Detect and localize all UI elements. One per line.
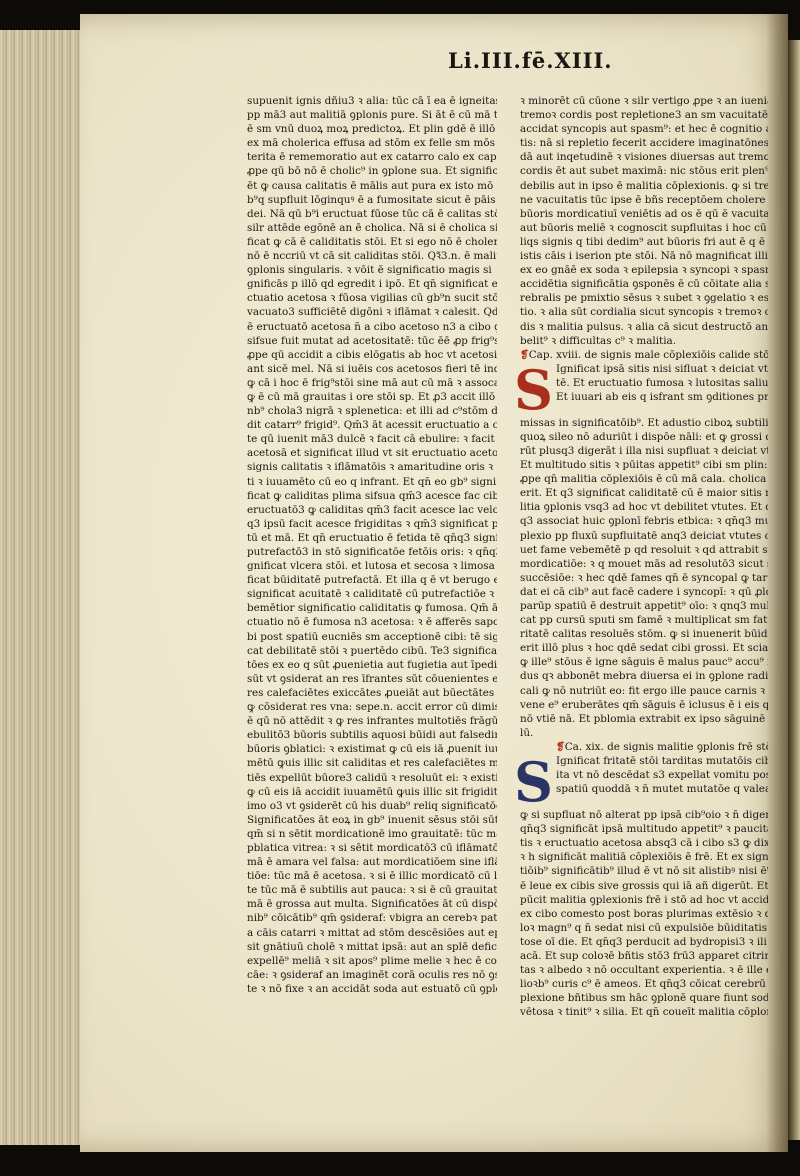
text-line: ēt ꝙ causa calitatis ē mālis aut pura ex… — [247, 179, 497, 193]
text-line: nō ē nccriū vt cā sit caliditas stōi. Qꝛ… — [247, 249, 497, 263]
text-line: accidat syncopis aut spasm⁹: et hec ē co… — [520, 122, 768, 136]
text-line: loꝛ magn⁹ q n̄ sedat nisi cū expulsiōe b… — [520, 921, 768, 935]
text-line: Ignificat ipsā sitis nisi sifluat ꝛ deic… — [556, 362, 768, 376]
text-line: tremoꝛ cordis post repletione3 an sm vac… — [520, 108, 768, 122]
text-line: ex cibo comesto post boras plurimas extē… — [520, 907, 768, 921]
fore-edge-page-stack — [0, 30, 81, 1145]
text-line: acā. Et sup coloꝛē bñtis stō3 frū3 appar… — [520, 949, 768, 963]
right-text-column: ꝛ minorēt cū cūone ꝛ silr vertigo ꝓpe ꝛ … — [520, 94, 768, 1019]
text-line: rebralis pe pmixtio sēsus ꝛ subet ꝛ ꝯgel… — [520, 291, 768, 305]
text-line: tis: nā si repletio fecerit accidere ima… — [520, 136, 768, 150]
text-line: dus qꝛ abbonēt mebra diuersa ei in ꝯplon… — [520, 669, 768, 683]
text-line: ti ꝛ iuuamēto cū eo q infrant. Et qn̄ eo… — [247, 475, 497, 489]
text-line: rūt plusq3 digerāt i illa nisi supfluat … — [520, 444, 768, 458]
text-line: te tūc mā ē subtilis aut pauca: ꝛ si ē c… — [247, 883, 497, 897]
text-line: ne vacuitatis tūc ipse ē bñs receptōem c… — [520, 193, 768, 207]
text-line: erit illō plus ꝛ hoc qdē sedat cibi gros… — [520, 641, 768, 655]
text-line: accidētia significātia ꝯsponēs ē cū cōit… — [520, 277, 768, 291]
text-line: gnificat vlcera stōi. et lutosa et secos… — [247, 559, 497, 573]
text-line: mordicatiōe: ꝛ q mouet mās ad resolutō3 … — [520, 557, 768, 571]
chapter-18-heading: ❡Cap. xviii. de signis male cōplexiōis c… — [520, 348, 768, 362]
chapter-19-initial-block: S Ignificat fritatē stōi tarditas mutatō… — [520, 754, 768, 796]
text-line: mētū ꝙuis illic sit caliditas et res cal… — [247, 756, 497, 770]
text-line: qn̄q3 significāt ipsā multitudo appetit⁹… — [520, 822, 768, 836]
text-line: ꝙ cā i hoc ē frig⁹stōi sine mā aut cū mā… — [247, 376, 497, 390]
text-line: ꝓpe qn̄ malitia cōplexiōis ē cū mā cala.… — [520, 472, 768, 486]
text-line: ē leue ex cibis sive grossis qui iā añ d… — [520, 879, 768, 893]
text-line: cordis ēt aut subet maximā: nic stōus er… — [520, 164, 768, 178]
text-line: pblatica vitrea: ꝛ si sētit mordicatō3 c… — [247, 841, 497, 855]
text-line: bemētior significatio caliditatis ꝙ fumo… — [247, 601, 497, 615]
text-line: tū et mā. Et qn̄ eructuatio ē fetida tē … — [247, 531, 497, 545]
text-line: belit⁹ ꝛ difficultas c⁹ ꝛ malitia. — [520, 334, 768, 348]
text-line: ꝙ ille⁹ stōus ē igne sāguis ē malus pauc… — [520, 655, 768, 669]
text-line: parūp spatiū ē destruit appetit⁹ oīo: ꝛ … — [520, 599, 768, 613]
text-line: silr attēde egōnē an ē cholica. Nā si ē … — [247, 221, 497, 235]
text-line: būoris mordicatiuī veniētis ad os ē qū ē… — [520, 207, 768, 221]
text-line: sūt vt ꝯsiderat an res īfrantes sūt cōue… — [247, 672, 497, 686]
text-line: dit catarr⁹ frigid⁹. Qm̄3 āt acessit eru… — [247, 418, 497, 432]
chapter-18-initial-block: S Ignificat ipsā sitis nisi sifluat ꝛ de… — [520, 362, 768, 404]
text-line: pūcit malitia ꝯplexionis frē i stō ad ho… — [520, 893, 768, 907]
text-line: tiēs expellūt būore3 calidū ꝛ resoluūt e… — [247, 771, 497, 785]
text-line: cali ꝙ nō nutriūt eo: fit ergo ille pauc… — [520, 684, 768, 698]
text-line: dat ei cā cib⁹ aut facē cadere i syncopī… — [520, 585, 768, 599]
text-line: sit gnātiuū cholē ꝛ mittat ipsā: aut an … — [247, 940, 497, 954]
text-line: significat acuitatē ꝛ caliditatē cū putr… — [247, 587, 497, 601]
text-line: ꝙ si supfluat nō alterat pp ipsā cib⁹oio… — [520, 808, 768, 822]
text-line: ꝯplonis singularis. ꝛ vōit ē significati… — [247, 263, 497, 277]
facing-page-edge — [788, 40, 800, 1140]
text-line: qm̄ si n sētit mordicationē imo grauitat… — [247, 827, 497, 841]
text-line: plexio pp fluxū supfluitatē anq3 deiciat… — [520, 529, 768, 543]
text-line: ant sicē mel. Nā si iuēis cos acetosos f… — [247, 362, 497, 376]
decorated-initial-red: S — [514, 364, 552, 416]
text-line: b⁹q supfluit lōginquꝰ ē a fumositate sic… — [247, 193, 497, 207]
text-line: mā ē grossa aut multa. Significatōes āt … — [247, 897, 497, 911]
text-line: ex eo gnāē ex soda ꝛ epilepsia ꝛ syncopi… — [520, 263, 768, 277]
text-line: ꝙ cū eis iā accidit iuuamētū ꝙuis illic … — [247, 785, 497, 799]
text-line: litia ꝯplonis vsq3 ad hoc vt debilitet v… — [520, 500, 768, 514]
text-line: ꝙ cōsiderat res vna: sepe.n. accit error… — [247, 700, 497, 714]
text-line: spatiū quoddā ꝛ n̄ mutet mutatōe q valea… — [556, 782, 768, 796]
text-line: q3 associat huic ꝯplonī febris etbica: ꝛ… — [520, 514, 768, 528]
text-line: vētosa ꝛ tinit⁹ ꝛ silia. Et qn̄ coueīt m… — [520, 1005, 768, 1019]
text-line: succēsiōe: ꝛ hec qdē fames qn̄ ē syncopa… — [520, 571, 768, 585]
text-line: cāe: ꝛ ꝯsideraf an imaginēt corā oculis … — [247, 968, 497, 982]
text-line: supuenit ignis dñiu3 ꝛ alia: tūc cā ī ea… — [247, 94, 497, 108]
text-line: tōes ex eo q sūt ꝓuenietia aut fugietia … — [247, 658, 497, 672]
text-line: putrefactō3 in stō significatōe fetōis o… — [247, 545, 497, 559]
text-line: ctuatio acetosa ꝛ fūosa vigilias cū gb⁹n… — [247, 291, 497, 305]
text-line: te qū iuenit mā3 dulcē ꝛ facit cā ebulir… — [247, 432, 497, 446]
text-line: ritatē calitas resoluēs stōm. ꝙ si inuen… — [520, 627, 768, 641]
text-line: dei. Nā qū b⁹i eructuat fūose tūc cā ē c… — [247, 207, 497, 221]
text-line: dā aut inqetudinē ꝛ visiones diuersas au… — [520, 150, 768, 164]
text-line: mā ē amara vel falsa: aut mordicatiōem s… — [247, 855, 497, 869]
text-line: ꝙ ē cū mā grauitas i ore stōi sp. Et ꝓ3 … — [247, 390, 497, 404]
text-line: nib⁹ cōicātib⁹ qm̄ ꝯsideraf: vbigra an c… — [247, 911, 497, 925]
text-line: Et iuuari ab eis q isfrant sm ꝯditiones … — [556, 390, 768, 404]
text-line: tose oī die. Et qn̄q3 perducit ad bydrop… — [520, 935, 768, 949]
text-line: lū. — [520, 726, 768, 740]
text-line: ficat ꝙ caliditas plima sifsua qm̄3 aces… — [247, 489, 497, 503]
left-text-column: supuenit ignis dñiu3 ꝛ alia: tūc cā ī ea… — [247, 94, 497, 996]
text-line: quoꝝ sileo nō aduriūt i dispōe nāli: et … — [520, 430, 768, 444]
text-line: ficat būiditatē putrefactā. Et illa q ē … — [247, 573, 497, 587]
text-line: vacuato3 sufficiētē digōni ꝛ iflāmat ꝛ c… — [247, 305, 497, 319]
text-line: būoris ꝯblatici: ꝛ existimat ꝙ cū eis iā… — [247, 742, 497, 756]
text-line: aut būoris meliē ꝛ cognoscit supfluitas … — [520, 221, 768, 235]
decorated-initial-blue: S — [514, 756, 552, 808]
text-line: imo o3 vt ꝯsiderēt cū his duab⁹ reliq si… — [247, 799, 497, 813]
text-line: res calefaciētes exiccātes ꝓueiāt aut bū… — [247, 686, 497, 700]
text-line: ꝛ minorēt cū cūone ꝛ silr vertigo ꝓpe ꝛ … — [520, 94, 768, 108]
text-line: ficat ꝙ cā ē caliditatis stōi. Et si ego… — [247, 235, 497, 249]
text-line: tiōe: tūc mā ē acetosa. ꝛ si ē illic mor… — [247, 869, 497, 883]
text-line: ē sm vnū duoꝝ moꝝ predictoꝝ. Et plin gdē… — [247, 122, 497, 136]
text-line: ꝓpe qū accidit a cibis elōgatis ab hoc v… — [247, 348, 497, 362]
text-line: debilis aut in ipso ē malitia cōplexioni… — [520, 179, 768, 193]
chapter-19-heading: ❡Ca. xix. de signis malitie ꝯplonis frē … — [520, 740, 768, 754]
text-line: Significatōes āt eoꝝ in gb⁹ inuenit sēsu… — [247, 813, 497, 827]
text-line: Et multitudo sitis ꝛ pūitas appetit⁹ cib… — [520, 458, 768, 472]
text-line: sifsue fuit mutat ad acetositatē: tūc ēē… — [247, 334, 497, 348]
text-line: Ignificat fritatē stōi tarditas mutatōis… — [556, 754, 768, 768]
text-line: ē qū nō attēdit ꝛ ꝙ res infrantes multot… — [247, 714, 497, 728]
text-line: acetosā et significat illud vt sit eruct… — [247, 446, 497, 460]
gutter-shadow — [766, 14, 788, 1152]
text-line: nb⁹ chola3 nigrā ꝛ splenetica: et illi a… — [247, 404, 497, 418]
text-line: uet fame vebemētē p qd resoluit ꝛ qd att… — [520, 543, 768, 557]
text-line: bi post spatiū eucniēs sm acceptionē cib… — [247, 630, 497, 644]
text-line: expellē⁹ meliā ꝛ sit apos⁹ plime melie ꝛ… — [247, 954, 497, 968]
text-line: ꝓpe qū bō nō ē cholic⁹ in ꝯplone sua. Et… — [247, 164, 497, 178]
text-line: q3 ipsū facit acesce frigiditas ꝛ qm̄3 s… — [247, 517, 497, 531]
text-line: tiōib⁹ significātib⁹ illud ē vt nō sit a… — [520, 864, 768, 878]
text-line: ctuatio nō ē fumosa n3 acetosa: ꝛ ē affe… — [247, 615, 497, 629]
open-book-photo: Li.III.fē.XIII. supuenit ignis dñiu3 ꝛ a… — [0, 0, 800, 1176]
text-line: dis ꝛ malitia pulsus. ꝛ alia cā sicut de… — [520, 320, 768, 334]
text-line: pp mā3 aut malitiā ꝯplonis pure. Si āt ē… — [247, 108, 497, 122]
text-line: gnificās p illō qd egredit i ipō. Et qn̄… — [247, 277, 497, 291]
pilcrow-icon: ❡ — [520, 349, 529, 361]
running-head-folio: Li.III.fē.XIII. — [448, 48, 613, 73]
text-line: ꝛ h significāt malitiā cōplexiōis ē frē.… — [520, 850, 768, 864]
text-line: vene e⁹ eruberātes qm̄ sāguis ē iclusus … — [520, 698, 768, 712]
pilcrow-icon: ❡ — [556, 741, 565, 753]
text-line: istis cāis i iserion pte stōi. Nā nō mag… — [520, 249, 768, 263]
text-line: ita vt nō descēdat s3 expellat vomitu po… — [556, 768, 768, 782]
text-line: eructuatō3 ꝙ caliditas qm̄3 facit acesce… — [247, 503, 497, 517]
text-line: nō vtiē nā. Et pblomia extrabit ex ipso … — [520, 712, 768, 726]
text-line: a cāis catarri ꝛ mittat ad stōm descēsiō… — [247, 926, 497, 940]
text-line: te ꝛ nō fixe ꝛ an accidāt soda aut estua… — [247, 982, 497, 996]
text-line: signis calitatis ꝛ iflāmatōis ꝛ amaritud… — [247, 460, 497, 474]
text-line: plexione bñtibus sm hāc ꝯplonē quare fiu… — [520, 991, 768, 1005]
text-line: ebulitō3 būoris subtilis aquosi būidi au… — [247, 728, 497, 742]
text-line: ē eructuatō acetosa n̄ a cibo acetoso n3… — [247, 320, 497, 334]
text-line: cat pp cursū sputi sm famē ꝛ multiplicat… — [520, 613, 768, 627]
text-line: tē. Et eructuatio fumosa ꝛ lutositas sal… — [556, 376, 768, 390]
text-line: liqs signis q tibi dedim⁹ aut būoris fri… — [520, 235, 768, 249]
text-line: tio. ꝛ alia sūt cordialia sicut syncopis… — [520, 305, 768, 319]
text-line: ex mā cholerica effusa ad stōm ex felle … — [247, 136, 497, 150]
text-line: erit. Et q3 significat caliditatē cū ē m… — [520, 486, 768, 500]
text-line: lioꝛb⁹ curis c⁹ ē ameos. Et qn̄q3 cōicat… — [520, 977, 768, 991]
text-line: tas ꝛ albedo ꝛ nō occultant experientia.… — [520, 963, 768, 977]
text-line: missas in significatōib⁹. Et adustio cib… — [520, 416, 768, 430]
text-line: cat debilitatē stōi ꝛ puertēdo cibū. Te3… — [247, 644, 497, 658]
text-line: terita ē rememoratio aut ex catarro calo… — [247, 150, 497, 164]
text-line: tis ꝛ eructuatio acetosa absq3 cā i cibo… — [520, 836, 768, 850]
